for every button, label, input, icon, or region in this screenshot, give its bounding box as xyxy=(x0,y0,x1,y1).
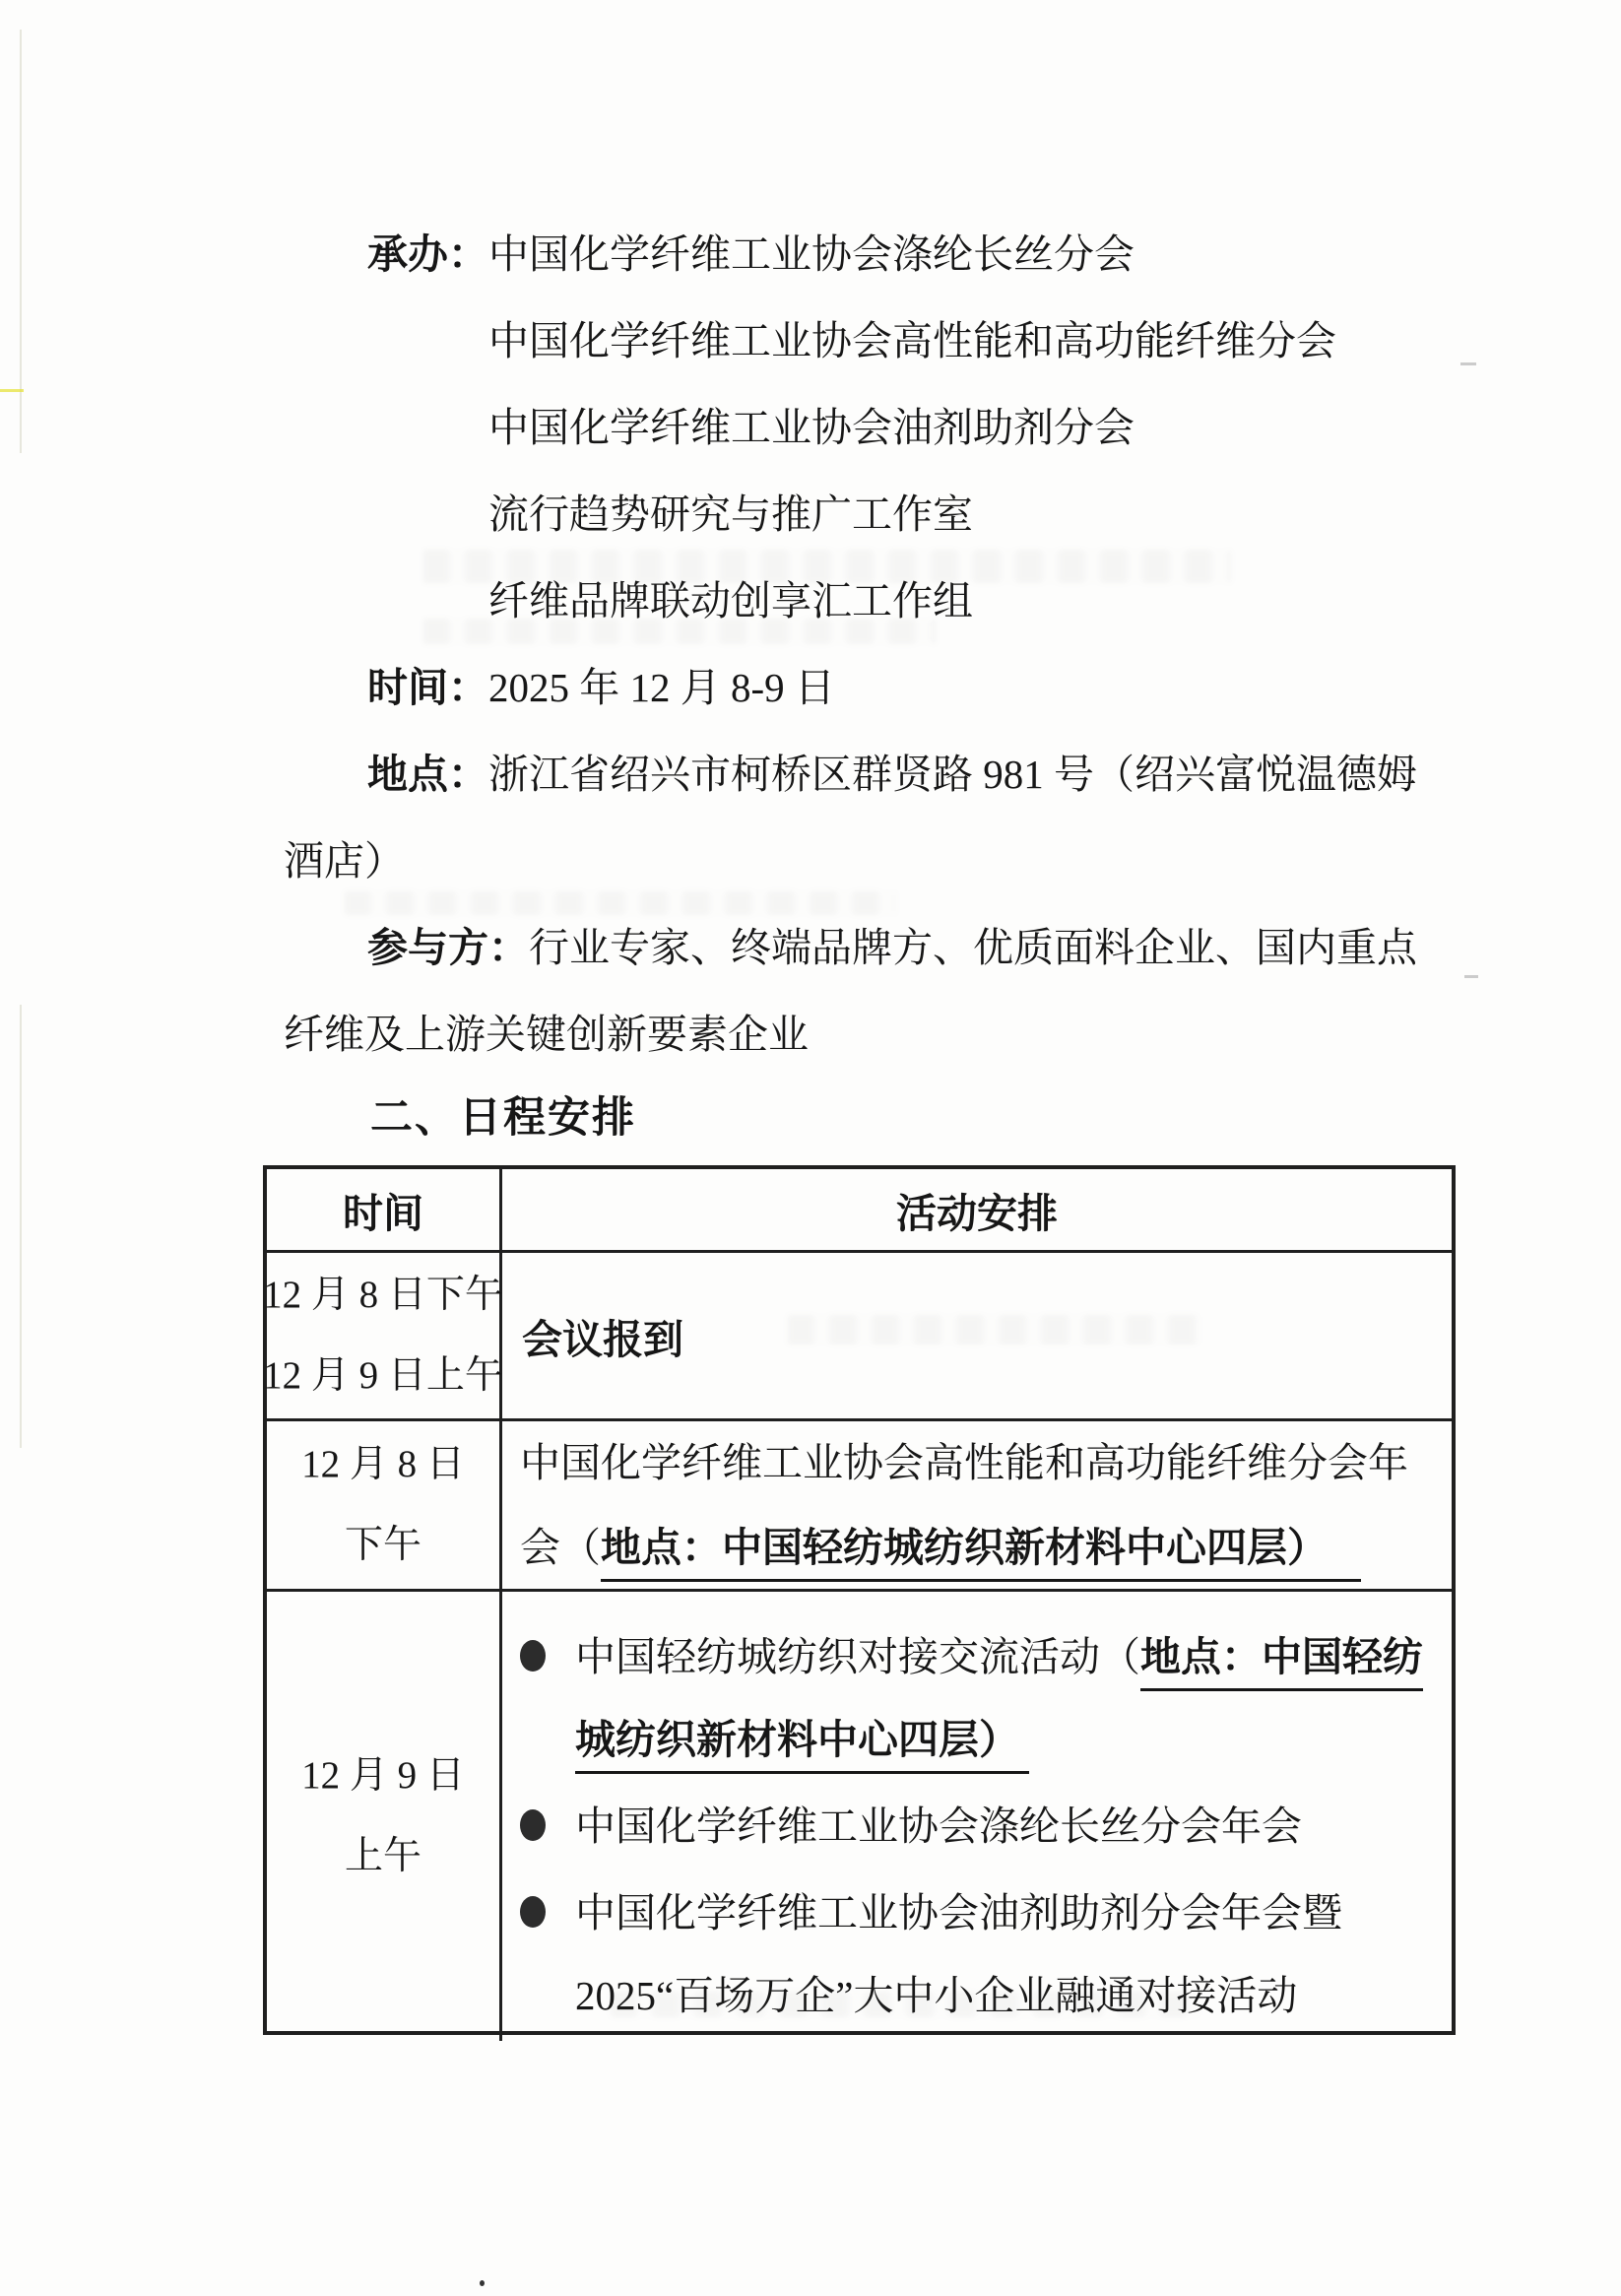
row3-time-line-1: 12 月 9 日 xyxy=(301,1736,465,1816)
bullet-item-2: 中国化学纤维工业协会涤纶长丝分会年会 xyxy=(520,1785,1444,1868)
bullet-3-text: 中国化学纤维工业协会油剂助剂分会年会暨2025“百场万企”大中小企业融通对接活动 xyxy=(575,1871,1342,2037)
table-header-activity: 活动安排 xyxy=(502,1169,1452,1253)
row3-activity-cell: 中国轻纺城纺织对接交流活动（地点：中国轻纺城纺织新材料中心四层） 中国化学纤维工… xyxy=(502,1592,1452,2041)
participants-line-1: 参与方：行业专家、终端品牌方、优质面料企业、国内重点 xyxy=(367,923,1417,972)
bullet-icon xyxy=(520,1640,546,1672)
participants-line-2: 纤维及上游关键创新要素企业 xyxy=(284,1010,809,1059)
scan-yellow-mark xyxy=(0,389,24,392)
scan-edge-artifact xyxy=(20,30,22,453)
bullet-item-3: 中国化学纤维工业协会油剂助剂分会年会暨2025“百场万企”大中小企业融通对接活动 xyxy=(520,1871,1444,2037)
row2-activity-line-2: 会（地点：中国轻纺城纺织新材料中心四层） xyxy=(520,1505,1452,1590)
organizer-line-1: 承办：中国化学纤维工业协会涤纶长丝分会 xyxy=(367,230,1135,279)
row2-activity-line-2-prefix: 会（ xyxy=(520,1525,601,1570)
row2-activity-line-1: 中国化学纤维工业协会高性能和高功能纤维分会年 xyxy=(520,1420,1452,1505)
scan-dot-artifact xyxy=(480,2280,485,2286)
time-label: 时间： xyxy=(367,663,488,712)
row3-time-line-2: 上午 xyxy=(345,1816,421,1897)
bullet-1-text: 中国轻纺城纺织对接交流活动（地点：中国轻纺城纺织新材料中心四层） xyxy=(575,1615,1423,1781)
time-value: 2025 年 12 月 8-9 日 xyxy=(488,665,835,710)
location-value-1: 浙江省绍兴市柯桥区群贤路 981 号（绍兴富悦温德姆 xyxy=(488,752,1417,797)
schedule-table: 时间 活动安排 12 月 8 日下午 12 月 9 日上午 会议报到 12 月 … xyxy=(263,1165,1456,2035)
row1-time-line-1: 12 月 8 日下午 xyxy=(263,1255,503,1336)
row2-activity-location-underlined: 地点：中国轻纺城纺织新材料中心四层） xyxy=(601,1525,1361,1582)
bullet-icon xyxy=(520,1809,546,1841)
row2-time-line-2: 下午 xyxy=(345,1505,421,1586)
bullet-1-prefix: 中国轻纺城纺织对接交流活动（ xyxy=(575,1634,1140,1679)
organizer-label: 承办： xyxy=(367,230,488,279)
bleed-through-artifact xyxy=(345,891,896,915)
row1-time-cell: 12 月 8 日下午 12 月 9 日上午 xyxy=(267,1253,502,1421)
participants-label: 参与方： xyxy=(367,923,529,972)
table-header-time: 时间 xyxy=(267,1169,502,1253)
row1-activity-cell: 会议报到 xyxy=(502,1253,1452,1421)
bullet-3-line-2: 2025“百场万企”大中小企业融通对接活动 xyxy=(575,1973,1297,2018)
scan-edge-artifact xyxy=(20,1005,22,1448)
bullet-3-line-1: 中国化学纤维工业协会油剂助剂分会年会暨 xyxy=(575,1890,1342,1935)
scanned-document-page: 承办：中国化学纤维工业协会涤纶长丝分会 中国化学纤维工业协会高性能和高功能纤维分… xyxy=(0,0,1621,2296)
organizer-item-3: 中国化学纤维工业协会油剂助剂分会 xyxy=(488,403,1135,452)
location-line-1: 地点：浙江省绍兴市柯桥区群贤路 981 号（绍兴富悦温德姆 xyxy=(367,750,1417,799)
row3-time-cell: 12 月 9 日 上午 xyxy=(267,1592,502,2041)
time-line: 时间：2025 年 12 月 8-9 日 xyxy=(367,663,835,712)
scan-grey-mark xyxy=(1460,362,1476,365)
bullet-1-location-underlined-1: 地点：中国轻纺 xyxy=(1140,1634,1423,1691)
scan-grey-mark xyxy=(1464,975,1478,978)
bullet-2-text: 中国化学纤维工业协会涤纶长丝分会年会 xyxy=(575,1785,1302,1868)
location-line-2: 酒店） xyxy=(284,836,405,886)
bullet-icon xyxy=(520,1896,546,1928)
participants-value-1: 行业专家、终端品牌方、优质面料企业、国内重点 xyxy=(529,925,1417,970)
organizer-item-5: 纤维品牌联动创享汇工作组 xyxy=(488,576,973,625)
organizer-item-2: 中国化学纤维工业协会高性能和高功能纤维分会 xyxy=(488,316,1336,365)
row2-time-cell: 12 月 8 日 下午 xyxy=(267,1421,502,1592)
row1-time-line-2: 12 月 9 日上午 xyxy=(263,1336,503,1416)
row2-activity-cell: 中国化学纤维工业协会高性能和高功能纤维分会年 会（地点：中国轻纺城纺织新材料中心… xyxy=(502,1421,1452,1592)
bullet-1-location-underlined-2: 城纺织新材料中心四层） xyxy=(575,1717,1029,1774)
organizer-item-4: 流行趋势研究与推广工作室 xyxy=(488,490,973,539)
bullet-item-1: 中国轻纺城纺织对接交流活动（地点：中国轻纺城纺织新材料中心四层） xyxy=(520,1615,1444,1781)
section-heading: 二、日程安排 xyxy=(370,1093,636,1143)
location-label: 地点： xyxy=(367,750,488,799)
organizer-item-1: 中国化学纤维工业协会涤纶长丝分会 xyxy=(488,231,1135,277)
row2-time-line-1: 12 月 8 日 xyxy=(301,1424,465,1505)
